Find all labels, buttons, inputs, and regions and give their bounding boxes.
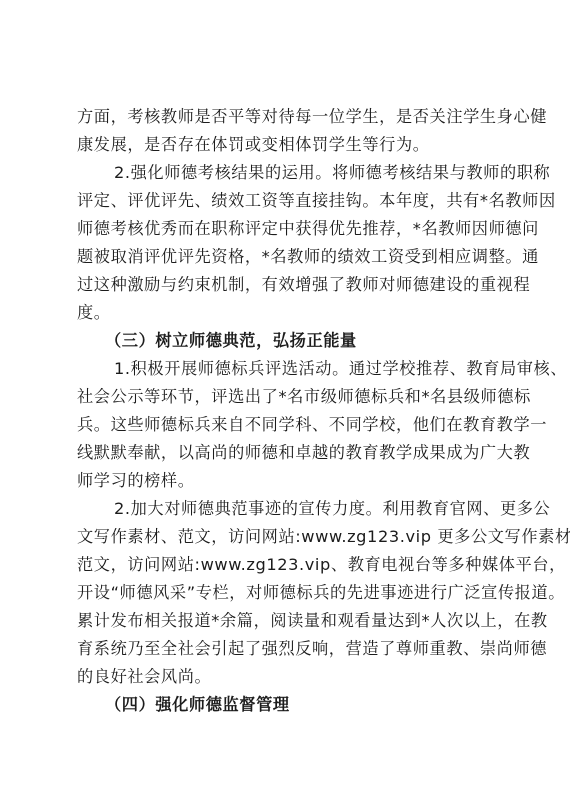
- text-line: 育系统乃至全社会引起了强烈反响，营造了尊师重教、崇尚师德: [77, 635, 497, 663]
- line-text: 康发展，是否存在体罚或变相体罚学生等行为。: [77, 135, 430, 154]
- text-line: 过这种激励与约束机制，有效增强了教师对师德建设的重视程: [77, 271, 497, 299]
- text-line: 累计发布相关报道*余篇，阅读量和观看量达到*人次以上，在教: [77, 607, 497, 635]
- text-line: 线默默奉献，以高尚的师德和卓越的教育教学成果成为广大教: [77, 439, 497, 467]
- line-text: 累计发布相关报道*余篇，阅读量和观看量达到*人次以上，在教: [77, 607, 497, 635]
- section-heading-4: （四）强化师德监督管理: [77, 691, 497, 719]
- line-text: 师学习的榜样。: [77, 471, 195, 490]
- text-line: 师学习的榜样。: [77, 467, 497, 495]
- line-text: 过这种激励与约束机制，有效增强了教师对师德建设的重视程: [77, 271, 497, 299]
- document-body: 方面，考核教师是否平等对待每一位学生，是否关注学生身心健 康发展，是否存在体罚或…: [77, 103, 497, 719]
- text-line: 文写作素材、范文，访问网站:www.zg123.vip 更多公文写作素材、: [77, 523, 497, 551]
- line-text: 度。: [77, 303, 111, 322]
- document-page: 方面，考核教师是否平等对待每一位学生，是否关注学生身心健 康发展，是否存在体罚或…: [0, 0, 570, 807]
- line-text: 2.加大对师德典范事迹的宣传力度。利用教育官网、更多公: [114, 495, 497, 523]
- line-text: 开设“师德风采”专栏，对师德标兵的先进事迹进行广泛宣传报道。: [77, 579, 497, 607]
- line-text: 方面，考核教师是否平等对待每一位学生，是否关注学生身心健: [77, 103, 497, 131]
- line-text: 文写作素材、范文，访问网站:www.zg123.vip 更多公文写作素材、: [77, 523, 497, 551]
- heading-text: （三）树立师德典范，弘扬正能量: [105, 331, 357, 350]
- text-line: 范文，访问网站:www.zg123.vip、教育电视台等多种媒体平台，: [77, 551, 497, 579]
- line-text: 兵。这些师德标兵来自不同学科、不同学校，他们在教育教学一: [77, 411, 497, 439]
- text-line: 方面，考核教师是否平等对待每一位学生，是否关注学生身心健: [77, 103, 497, 131]
- line-text: 社会公示等环节，评选出了*名市级师德标兵和*名县级师德标: [77, 383, 497, 411]
- text-line: 的良好社会风尚。: [77, 663, 497, 691]
- section-heading-3: （三）树立师德典范，弘扬正能量: [77, 327, 497, 355]
- text-line: 度。: [77, 299, 497, 327]
- text-line: 开设“师德风采”专栏，对师德标兵的先进事迹进行广泛宣传报道。: [77, 579, 497, 607]
- line-text: 线默默奉献，以高尚的师德和卓越的教育教学成果成为广大教: [77, 439, 497, 467]
- line-text: 范文，访问网站:www.zg123.vip、教育电视台等多种媒体平台，: [77, 551, 497, 579]
- paragraph-start-line: 2.加大对师德典范事迹的宣传力度。利用教育官网、更多公: [77, 495, 497, 523]
- text-line: 师德考核优秀而在职称评定中获得优先推荐，*名教师因师德问: [77, 215, 497, 243]
- text-line: 社会公示等环节，评选出了*名市级师德标兵和*名县级师德标: [77, 383, 497, 411]
- line-text: 的良好社会风尚。: [77, 667, 211, 686]
- paragraph-start-line: 2.强化师德考核结果的运用。将师德考核结果与教师的职称: [77, 159, 497, 187]
- line-text: 育系统乃至全社会引起了强烈反响，营造了尊师重教、崇尚师德: [77, 635, 497, 663]
- paragraph-start-line: 1.积极开展师德标兵评选活动。通过学校推荐、教育局审核、: [77, 355, 497, 383]
- text-line: 兵。这些师德标兵来自不同学科、不同学校，他们在教育教学一: [77, 411, 497, 439]
- text-line: 评定、评优评先、绩效工资等直接挂钩。本年度，共有*名教师因: [77, 187, 497, 215]
- line-text: 师德考核优秀而在职称评定中获得优先推荐，*名教师因师德问: [77, 215, 497, 243]
- heading-text: （四）强化师德监督管理: [105, 695, 290, 714]
- line-text: 题被取消评优评先资格，*名教师的绩效工资受到相应调整。通: [77, 243, 497, 271]
- line-text: 2.强化师德考核结果的运用。将师德考核结果与教师的职称: [114, 159, 497, 187]
- line-text: 1.积极开展师德标兵评选活动。通过学校推荐、教育局审核、: [114, 355, 497, 383]
- text-line: 康发展，是否存在体罚或变相体罚学生等行为。: [77, 131, 497, 159]
- text-line: 题被取消评优评先资格，*名教师的绩效工资受到相应调整。通: [77, 243, 497, 271]
- line-text: 评定、评优评先、绩效工资等直接挂钩。本年度，共有*名教师因: [77, 187, 497, 215]
